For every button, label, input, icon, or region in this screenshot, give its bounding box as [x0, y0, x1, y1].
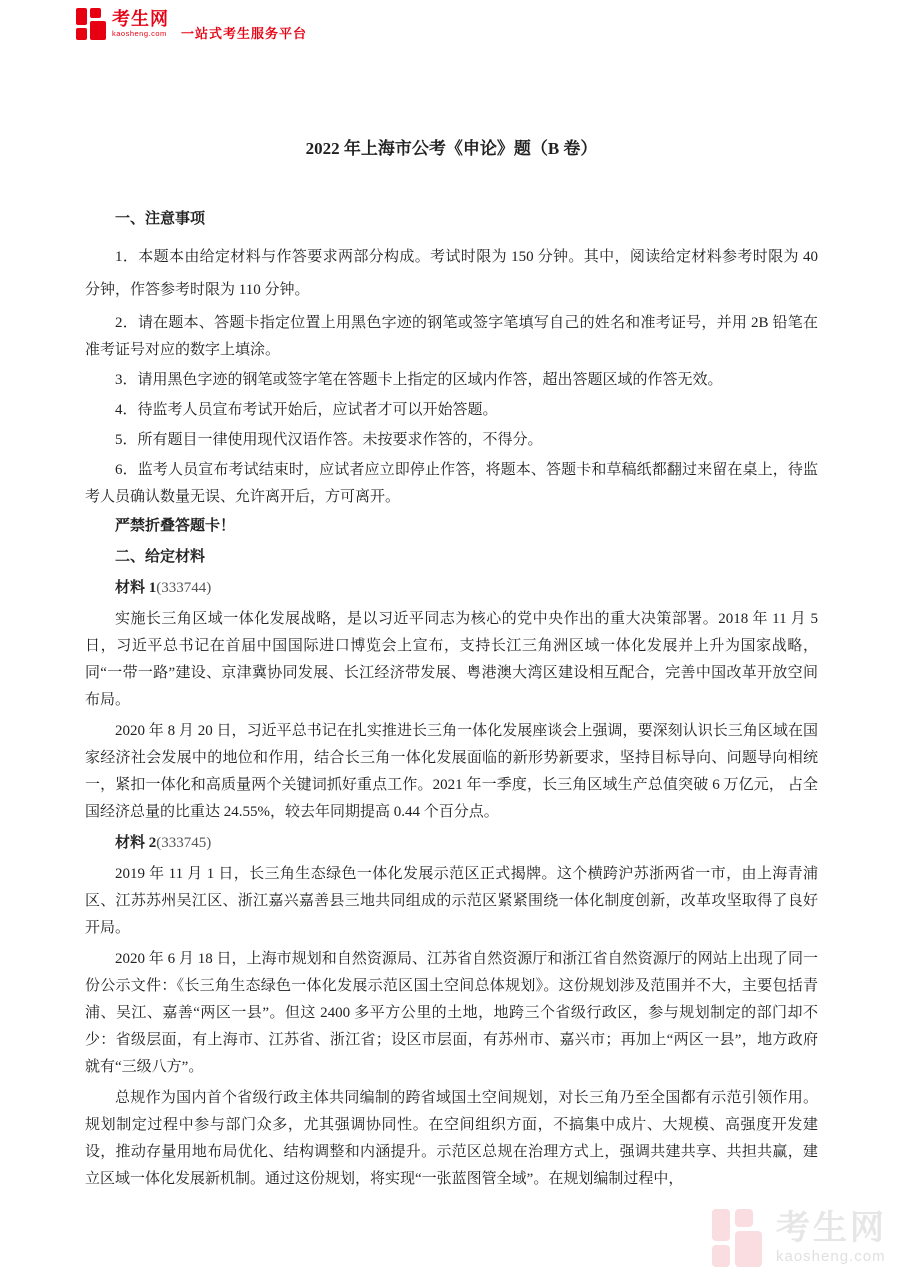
- notice-item-3: 3．请用黑色字迹的钢笔或签字笔在答题卡上指定的区域内作答，超出答题区域的作答无效…: [85, 367, 818, 394]
- material-2-paragraph: 2019 年 11 月 1 日，长三角生态绿色一体化发展示范区正式揭牌。这个横跨…: [85, 861, 818, 942]
- document-title: 2022 年上海市公考《申论》题（B 卷）: [85, 138, 818, 160]
- notice-item-2: 2．请在题本、答题卡指定位置上用黑色字迹的钢笔或签字笔填写自己的姓名和准考证号，…: [85, 310, 818, 364]
- watermark-domain: kaosheng.com: [776, 1249, 887, 1264]
- material-1-code: (333744): [156, 580, 211, 596]
- notice-item-1: 1．本题本由给定材料与作答要求两部分构成。考试时限为 150 分钟。其中，阅读给…: [85, 241, 818, 307]
- materials-section-heading: 二、给定材料: [85, 544, 818, 571]
- notice-item-4: 4．待监考人员宣布考试开始后，应试者才可以开始答题。: [85, 397, 818, 424]
- watermark-wordmark: 考生网 kaosheng.com: [776, 1211, 887, 1264]
- notice-item-6: 6．监考人员宣布考试结束时，应试者应立即停止作答，将题本、答题卡和草稿纸都翻过来…: [85, 457, 818, 511]
- material-1-title: 材料 1: [115, 580, 156, 596]
- material-2-label: 材料 2(333745): [85, 830, 818, 857]
- document-page: { "brand": { "logo_text": "考生网", "logo_d…: [0, 0, 900, 1273]
- document-content: 2022 年上海市公考《申论》题（B 卷） 一、注意事项 1．本题本由给定材料与…: [85, 0, 818, 1193]
- notice-item-5: 5．所有题目一律使用现代汉语作答。未按要求作答的，不得分。: [85, 427, 818, 454]
- notice-section-heading: 一、注意事项: [85, 206, 818, 233]
- material-2-title: 材料 2: [115, 835, 156, 851]
- material-2-paragraph: 2020 年 6 月 18 日，上海市规划和自然资源局、江苏省自然资源厅和浙江省…: [85, 946, 818, 1081]
- material-1-label: 材料 1(333744): [85, 575, 818, 602]
- material-1-paragraph: 2020 年 8 月 20 日，习近平总书记在扎实推进长三角一体化发展座谈会上强…: [85, 718, 818, 826]
- watermark: 考生网 kaosheng.com: [712, 1207, 887, 1267]
- material-2-code: (333745): [156, 835, 211, 851]
- warning-note: 严禁折叠答题卡！: [85, 513, 818, 540]
- material-2-paragraph: 总规作为国内首个省级行政主体共同编制的跨省域国土空间规划，对长三角乃至全国都有示…: [85, 1085, 818, 1193]
- watermark-name: 考生网: [776, 1211, 887, 1245]
- material-1-paragraph: 实施长三角区域一体化发展战略，是以习近平同志为核心的党中央作出的重大决策部署。2…: [85, 606, 818, 714]
- kaosheng-watermark-icon: [712, 1207, 762, 1267]
